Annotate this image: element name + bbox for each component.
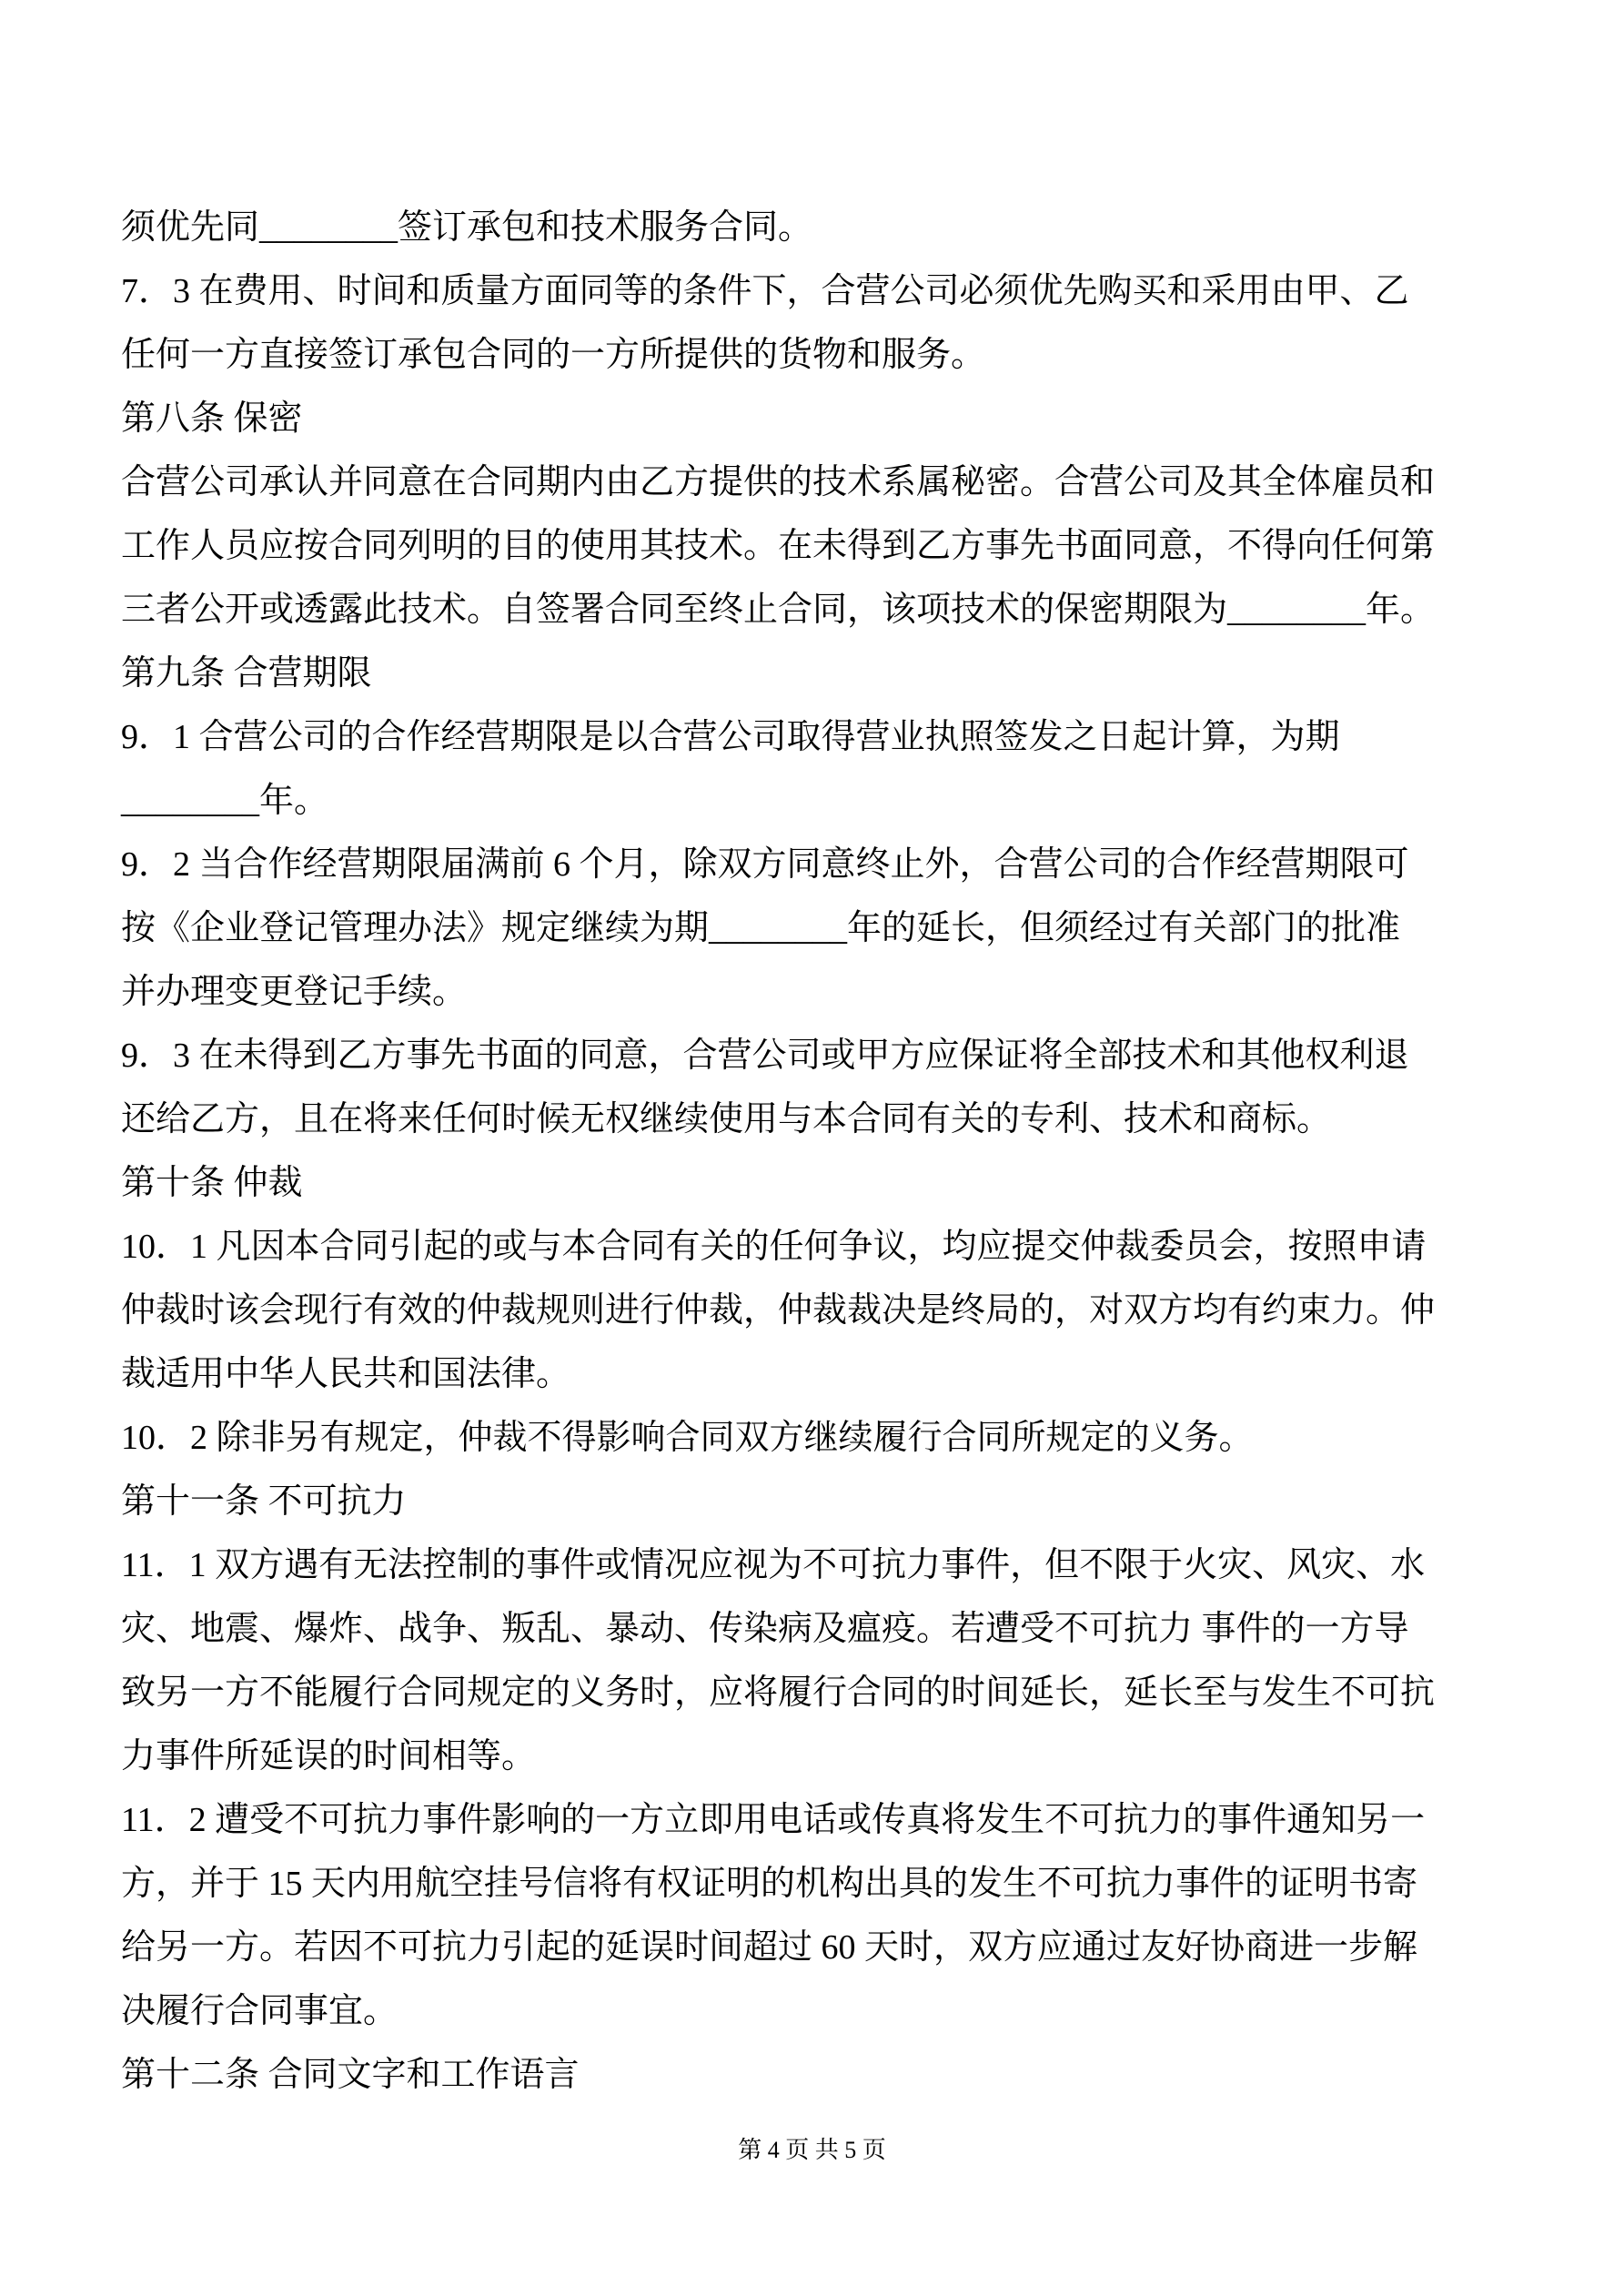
- contract-line: 致另一方不能履行合同规定的义务时，应将履行合同的时间延长，延长至与发生不可抗: [121, 1661, 1540, 1725]
- contract-line: 三者公开或透露此技术。自签署合同至终止合同，该项技术的保密期限为________…: [121, 578, 1540, 642]
- contract-line: 9．1 合营公司的合作经营期限是以合营公司取得营业执照签发之日起计算，为期: [121, 705, 1540, 769]
- contract-line: 11．2 遭受不可抗力事件影响的一方立即用电话或传真将发生不可抗力的事件通知另一: [121, 1788, 1540, 1852]
- contract-line: 合营公司承认并同意在合同期内由乙方提供的技术系属秘密。合营公司及其全体雇员和: [121, 450, 1540, 514]
- contract-line: 第九条 合营期限: [121, 642, 1540, 705]
- contract-line: ________年。: [121, 769, 1540, 833]
- contract-line: 并办理变更登记手续。: [121, 960, 1540, 1024]
- contract-line: 任何一方直接签订承包合同的一方所提供的货物和服务。: [121, 323, 1540, 387]
- contract-line: 决履行合同事宜。: [121, 1979, 1540, 2043]
- contract-line: 第十二条 合同文字和工作语言: [121, 2043, 1540, 2107]
- contract-line: 11．1 双方遇有无法控制的事件或情况应视为不可抗力事件，但不限于火灾、风灾、水: [121, 1533, 1540, 1597]
- contract-line: 10．1 凡因本合同引起的或与本合同有关的任何争议，均应提交仲裁委员会，按照申请: [121, 1215, 1540, 1279]
- contract-line: 第十条 仲裁: [121, 1151, 1540, 1215]
- contract-line: 9．2 当合作经营期限届满前 6 个月，除双方同意终止外，合营公司的合作经营期限…: [121, 833, 1540, 896]
- contract-body: 须优先同________签订承包和技术服务合同。7．3 在费用、时间和质量方面同…: [121, 196, 1540, 2107]
- contract-line: 第十一条 不可抗力: [121, 1470, 1540, 1533]
- contract-line: 仲裁时该会现行有效的仲裁规则进行仲裁，仲裁裁决是终局的，对双方均有约束力。仲: [121, 1279, 1540, 1342]
- page-footer: 第 4 页 共 5 页: [0, 2128, 1624, 2173]
- contract-line: 须优先同________签订承包和技术服务合同。: [121, 196, 1540, 259]
- contract-line: 7．3 在费用、时间和质量方面同等的条件下，合营公司必须优先购买和采用由甲、乙: [121, 259, 1540, 323]
- contract-line: 力事件所延误的时间相等。: [121, 1725, 1540, 1788]
- contract-line: 按《企业登记管理办法》规定继续为期________年的延长，但须经过有关部门的批…: [121, 896, 1540, 960]
- contract-line: 方，并于 15 天内用航空挂号信将有权证明的机构出具的发生不可抗力事件的证明书寄: [121, 1852, 1540, 1916]
- contract-line: 工作人员应按合同列明的目的使用其技术。在未得到乙方事先书面同意，不得向任何第: [121, 514, 1540, 578]
- contract-page: 须优先同________签订承包和技术服务合同。7．3 在费用、时间和质量方面同…: [0, 0, 1624, 2296]
- contract-line: 9．3 在未得到乙方事先书面的同意，合营公司或甲方应保证将全部技术和其他权利退: [121, 1024, 1540, 1087]
- contract-line: 第八条 保密: [121, 387, 1540, 450]
- contract-line: 10．2 除非另有规定，仲裁不得影响合同双方继续履行合同所规定的义务。: [121, 1406, 1540, 1470]
- contract-line: 还给乙方，且在将来任何时候无权继续使用与本合同有关的专利、技术和商标。: [121, 1087, 1540, 1151]
- contract-line: 裁适用中华人民共和国法律。: [121, 1342, 1540, 1406]
- contract-line: 给另一方。若因不可抗力引起的延误时间超过 60 天时，双方应通过友好协商进一步解: [121, 1916, 1540, 1979]
- contract-line: 灾、地震、爆炸、战争、叛乱、暴动、传染病及瘟疫。若遭受不可抗力 事件的一方导: [121, 1597, 1540, 1661]
